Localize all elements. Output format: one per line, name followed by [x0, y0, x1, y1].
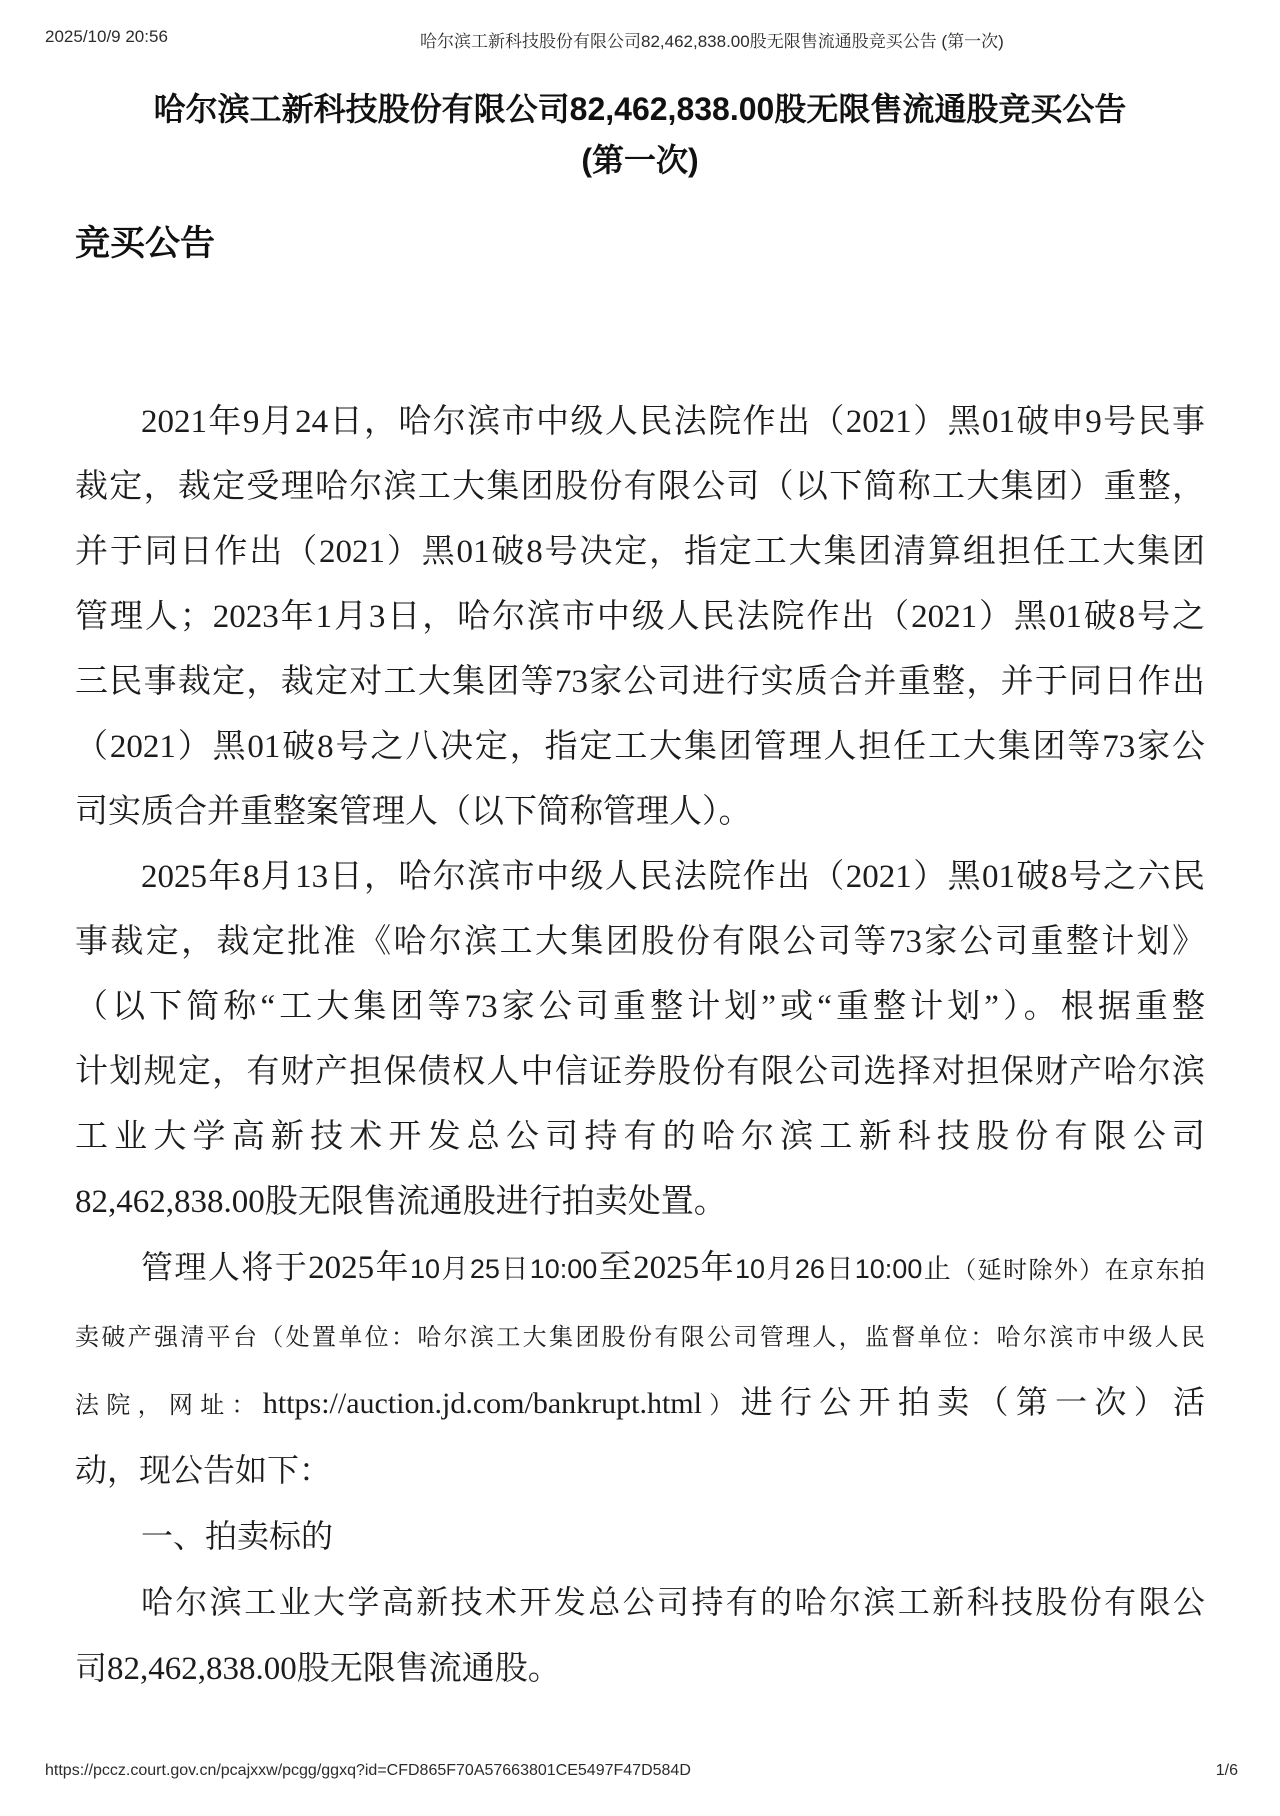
body-text-segment: ） [702, 1392, 741, 1419]
body-text-segment: 股无限售流通股。 [297, 1651, 561, 1687]
body-line: （以下简称“工大集团等73家公司重整计划”或“重整计划”）。根据重整 [75, 975, 1205, 1040]
body-text-segment: 10月26日10:00止 [735, 1254, 952, 1284]
body-text-segment: 2025年 [308, 1250, 410, 1286]
body-line: 司82,462,838.00股无限售流通股。 [75, 1636, 1205, 1702]
body-text-segment: 管理人将于 [141, 1249, 308, 1285]
print-footer-page-indicator: 1/6 [1216, 1762, 1238, 1780]
body-text-segment: 2021年9月24日，哈尔滨市中级人民法院作出（2021）黑01破申9号民事 [141, 404, 1205, 440]
body-text-segment: 进行公开拍卖（第一次）活 [741, 1384, 1205, 1420]
print-header-doc-title: 哈尔滨工新科技股份有限公司82,462,838.00股无限售流通股竞买公告 (第… [420, 27, 1004, 52]
body-text-segment: 卖破产强清平台（处置单位：哈尔滨工大集团股份有限公司管理人，监督单位：哈尔滨市中… [75, 1324, 1205, 1351]
section-heading: 竞买公告 [75, 216, 215, 266]
body-line: 2021年9月24日，哈尔滨市中级人民法院作出（2021）黑01破申9号民事 [75, 390, 1205, 455]
body-text-segment: 82,462,838.00股无限售流通股进行拍卖处置。 [75, 1184, 727, 1220]
body-line: 一、拍卖标的 [75, 1504, 1205, 1570]
document-title: 哈尔滨工新科技股份有限公司82,462,838.00股无限售流通股竞买公告 (第… [58, 84, 1222, 186]
print-preview-page: { "print_header": { "datetime": "2025/10… [0, 0, 1280, 1816]
print-header: 2025/10/9 20:56 哈尔滨工新科技股份有限公司82,462,838.… [0, 27, 1280, 49]
body-text-segment: 10月25日10:00 [410, 1254, 597, 1284]
body-text-segment: 法院，网址： [75, 1392, 263, 1419]
document-title-line2: (第一次) [58, 135, 1222, 186]
body-line: 动，现公告如下： [75, 1438, 1205, 1504]
body-line: 卖破产强清平台（处置单位：哈尔滨工大集团股份有限公司管理人，监督单位：哈尔滨市中… [75, 1303, 1205, 1370]
body-text-segment: 一、拍卖标的 [141, 1518, 333, 1554]
body-text-segment: 事裁定，裁定批准《哈尔滨工大集团股份有限公司等73家公司重整计划》 [75, 924, 1205, 960]
body-text-segment: 哈尔滨工业大学高新技术开发总公司持有的哈尔滨工新科技股份有限公 [141, 1584, 1205, 1620]
body-text-segment: 至2025年 [597, 1250, 735, 1286]
body-text-segment: 82,462,838.00 [107, 1651, 297, 1687]
body-line: 裁定，裁定受理哈尔滨工大集团股份有限公司（以下简称工大集团）重整， [75, 455, 1205, 520]
body-line: （2021）黑01破8号之八决定，指定工大集团管理人担任工大集团等73家公 [75, 715, 1205, 780]
body-line: 哈尔滨工业大学高新技术开发总公司持有的哈尔滨工新科技股份有限公 [75, 1570, 1205, 1636]
body-line: 2025年8月13日，哈尔滨市中级人民法院作出（2021）黑01破8号之六民 [75, 845, 1205, 910]
body-text-segment: 在京东拍 [1105, 1257, 1205, 1284]
body-text-segment: 工业大学高新技术开发总公司持有的哈尔滨工新科技股份有限公司 [75, 1119, 1205, 1155]
document-body: 2021年9月24日，哈尔滨市中级人民法院作出（2021）黑01破申9号民事裁定… [75, 390, 1205, 1702]
print-header-datetime: 2025/10/9 20:56 [45, 27, 168, 47]
body-line: 82,462,838.00股无限售流通股进行拍卖处置。 [75, 1170, 1205, 1235]
body-text-segment: （以下简称“工大集团等73家公司重整计划”或“重整计划”）。根据重整 [75, 989, 1205, 1025]
body-line: 工业大学高新技术开发总公司持有的哈尔滨工新科技股份有限公司 [75, 1105, 1205, 1170]
body-text-segment: 裁定，裁定受理哈尔滨工大集团股份有限公司（以下简称工大集团）重整， [75, 469, 1205, 505]
body-text-segment: 动，现公告如下： [75, 1452, 331, 1488]
document-title-line1: 哈尔滨工新科技股份有限公司82,462,838.00股无限售流通股竞买公告 [58, 84, 1222, 135]
body-text-segment: （延时除外） [952, 1257, 1105, 1284]
body-line: 并于同日作出（2021）黑01破8号决定，指定工大集团清算组担任工大集团 [75, 520, 1205, 585]
body-text-segment: 2025年8月13日，哈尔滨市中级人民法院作出（2021）黑01破8号之六民 [141, 859, 1205, 895]
print-footer: https://pccz.court.gov.cn/pcajxxw/pcgg/g… [45, 1762, 1238, 1780]
body-text-segment: 管理人；2023年1月3日，哈尔滨市中级人民法院作出（2021）黑01破8号之 [75, 599, 1205, 635]
body-text-segment: 司实质合并重整案管理人（以下简称管理人）。 [75, 794, 752, 830]
body-text-segment: 并于同日作出（2021）黑01破8号决定，指定工大集团清算组担任工大集团 [75, 534, 1205, 570]
body-line: 司实质合并重整案管理人（以下简称管理人）。 [75, 780, 1205, 845]
body-text-segment: 三民事裁定，裁定对工大集团等73家公司进行实质合并重整，并于同日作出 [75, 664, 1205, 700]
body-text-segment: 计划规定，有财产担保债权人中信证券股份有限公司选择对担保财产哈尔滨 [75, 1054, 1205, 1090]
print-footer-url: https://pccz.court.gov.cn/pcajxxw/pcgg/g… [45, 1762, 691, 1780]
body-line: 法院，网址：https://auction.jd.com/bankrupt.ht… [75, 1370, 1205, 1438]
auction-url-text: https://auction.jd.com/bankrupt.html [263, 1387, 702, 1420]
body-text-segment: 司 [75, 1650, 107, 1686]
body-line: 管理人将于2025年10月25日10:00至2025年10月26日10:00止（… [75, 1235, 1205, 1303]
body-line: 管理人；2023年1月3日，哈尔滨市中级人民法院作出（2021）黑01破8号之 [75, 585, 1205, 650]
body-text-segment: （2021）黑01破8号之八决定，指定工大集团管理人担任工大集团等73家公 [75, 729, 1205, 765]
body-line: 事裁定，裁定批准《哈尔滨工大集团股份有限公司等73家公司重整计划》 [75, 910, 1205, 975]
body-line: 计划规定，有财产担保债权人中信证券股份有限公司选择对担保财产哈尔滨 [75, 1040, 1205, 1105]
body-line: 三民事裁定，裁定对工大集团等73家公司进行实质合并重整，并于同日作出 [75, 650, 1205, 715]
